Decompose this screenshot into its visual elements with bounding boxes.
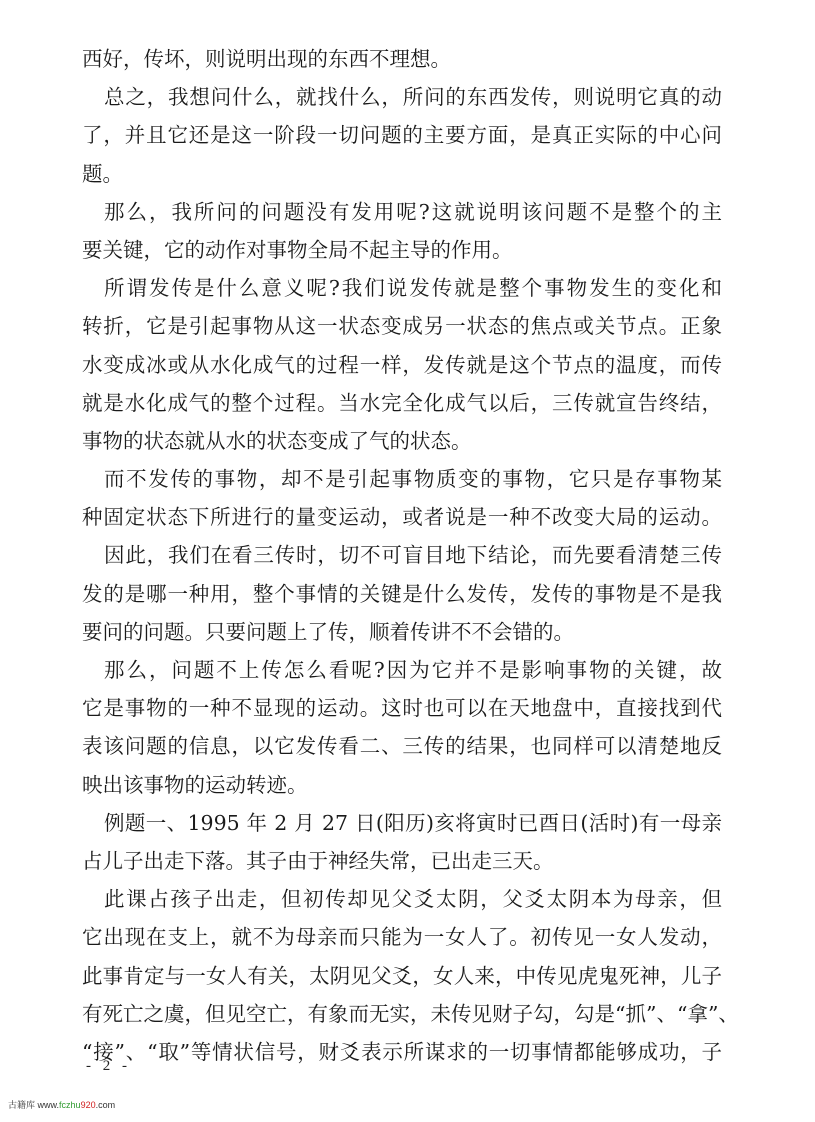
text-line: 西好，传坏，则说明出现的东西不理想。 — [82, 40, 722, 78]
text-line: 而不发传的事物，却不是引起事物质变的事物，它只是存事物某 — [82, 460, 722, 498]
url-red-part: 920 — [81, 1100, 96, 1110]
text-line: 水变成冰或从水化成气的过程一样，发传就是这个节点的温度，而传 — [82, 346, 722, 384]
body-text: 西好，传坏，则说明出现的东西不理想。 总之，我想问什么，就找什么，所问的东西发传… — [82, 40, 722, 1071]
text-line: 占儿子出走下落。其子由于神经失常，已出走三天。 — [82, 842, 722, 880]
site-name: 古籍库 — [8, 1100, 35, 1110]
url-suffix: .com — [96, 1100, 116, 1110]
text-line: 例题一、1995 年 2 月 27 日(阳历)亥将寅时已酉日(活时)有一母亲 — [82, 804, 722, 842]
text-line: 此事肯定与一女人有关，太阴见父爻，女人来，中传见虎鬼死神，儿子 — [82, 957, 722, 995]
text-line: 就是水化成气的整个过程。当水完全化成气以后，三传就宣告终结， — [82, 384, 722, 422]
text-line: 要关键，它的动作对事物全局不起主导的作用。 — [82, 231, 722, 269]
text-line: 那么，问题不上传怎么看呢?因为它并不是影响事物的关键，故 — [82, 651, 722, 689]
site-url[interactable]: www.fczhu920.com — [38, 1100, 116, 1110]
text-line: 它出现在支上，就不为母亲而只能为一女人了。初传见一女人发动， — [82, 918, 722, 956]
text-line: 发的是哪一种用，整个事情的关键是什么发传，发传的事物是不是我 — [82, 575, 722, 613]
document-page: 西好，传坏，则说明出现的东西不理想。 总之，我想问什么，就找什么，所问的东西发传… — [0, 0, 815, 1122]
text-line: 它是事物的一种不显现的运动。这时也可以在天地盘中，直接找到代 — [82, 689, 722, 727]
text-line: 事物的状态就从水的状态变成了气的状态。 — [82, 422, 722, 460]
text-line: 总之，我想问什么，就找什么，所问的东西发传，则说明它真的动 — [82, 78, 722, 116]
text-line: 转折，它是引起事物从这一状态变成另一状态的焦点或关节点。正象 — [82, 307, 722, 345]
text-line: 有死亡之虞，但见空亡，有象而无实，未传见财子勾，勾是“抓”、“拿”、 — [82, 995, 722, 1033]
text-line: 题。 — [82, 155, 722, 193]
text-line: 那么，我所问的问题没有发用呢?这就说明该问题不是整个的主 — [82, 193, 722, 231]
url-prefix: www. — [38, 1100, 60, 1110]
text-line: 因此，我们在看三传时，切不可盲目地下结论，而先要看清楚三传 — [82, 536, 722, 574]
text-line: 所谓发传是什么意义呢?我们说发传就是整个事物发生的变化和 — [82, 269, 722, 307]
text-line: 了，并且它还是这一阶段一切问题的主要方面，是真正实际的中心问 — [82, 116, 722, 154]
text-line: 要问的问题。只要问题上了传，顺着传讲不不会错的。 — [82, 613, 722, 651]
page-number: - 2 - — [86, 1058, 131, 1075]
text-line: 表该问题的信息，以它发传看二、三传的结果，也同样可以清楚地反 — [82, 727, 722, 765]
text-line: 种固定状态下所进行的量变运动，或者说是一种不改变大局的运动。 — [82, 498, 722, 536]
text-line: 此课占孩子出走，但初传却见父爻太阴，父爻太阴本为母亲，但 — [82, 880, 722, 918]
text-line: “接”、“取”等情状信号，财爻表示所谋求的一切事情都能够成功，子 — [82, 1033, 722, 1071]
watermark-footer: 古籍库 www.fczhu920.com — [8, 1098, 115, 1111]
url-green-part: fczhu — [59, 1100, 81, 1110]
text-line: 映出该事物的运动转迹。 — [82, 766, 722, 804]
